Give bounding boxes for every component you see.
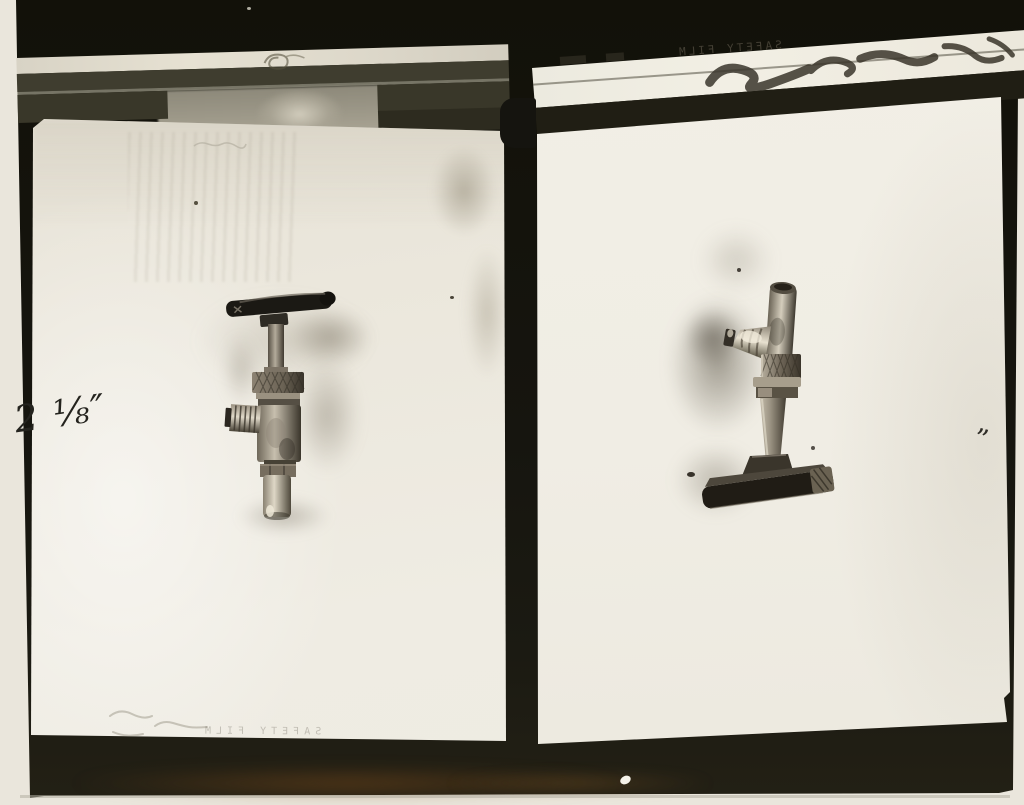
print-stain [432,146,496,236]
print-stain [466,248,508,378]
dust-speck [737,268,741,272]
valve-bonnet-ring [756,387,798,398]
needle-valve-upright [210,283,350,528]
film-edge-text-bottom: SAFETY FILM [200,726,321,738]
valve-bonnet-ring [256,393,300,399]
valve-stem [268,324,284,374]
valve-knurled-nut [252,372,304,393]
dust-speck [450,296,454,299]
dust-speck [194,201,198,205]
film-holder-clip [500,98,536,148]
valve-side-outlet [224,404,261,433]
faint-pencil-mark [190,136,250,152]
dust-speck [811,446,815,450]
valve-body-shade [279,438,295,460]
valve-outlet-pipe [263,475,291,520]
film-edge-band [17,91,168,123]
valve-knurled-nut [761,354,801,379]
dust-speck [687,472,695,477]
valve-bonnet-ring [753,377,801,387]
mirrored-scribble-small [256,48,311,73]
valve-stem [760,398,786,462]
needle-valve-inverted [672,256,847,521]
photo-mount-background: SAFETY FILM SAFETY FILM 2 ⅛″ ” [0,0,1024,805]
valve-side-outlet [722,319,771,360]
bottom-light-sheen [430,770,730,796]
valve-inlet-pipe [765,281,798,363]
dust-speck [247,7,251,10]
mount-edge-line [20,795,1010,798]
print-streaks [128,132,298,282]
film-frame-marking [606,52,625,61]
